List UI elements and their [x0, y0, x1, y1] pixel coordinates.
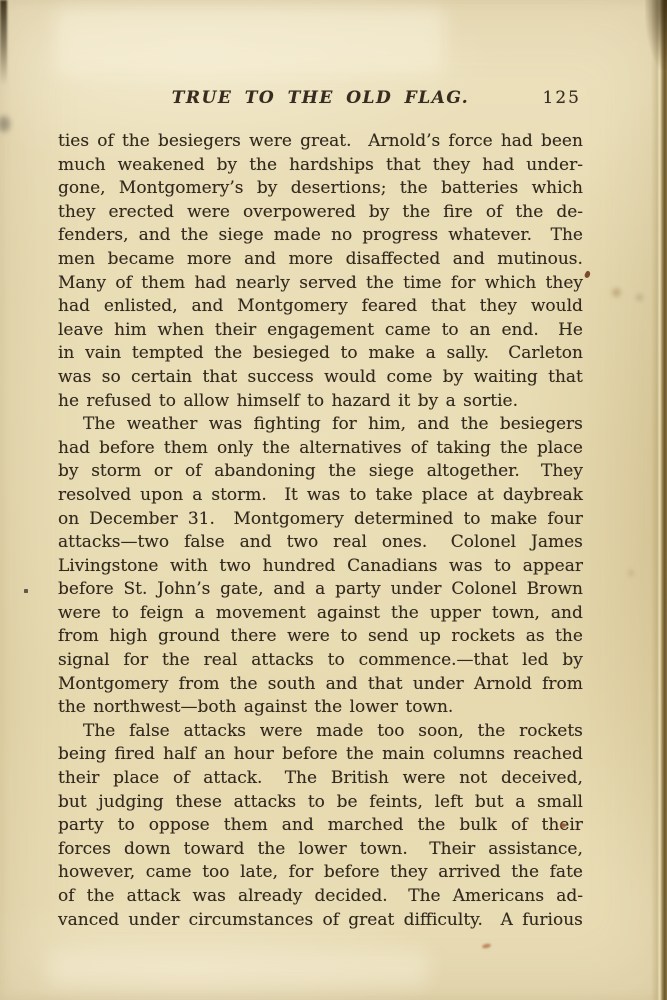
paper-speck	[560, 823, 566, 828]
scan-light-patch-bottom	[48, 950, 428, 986]
text-line: LivingstonewithtwohundredCanadianswastoa…	[58, 555, 583, 579]
text-line: partytoopposethemandmarchedthebulkofthei…	[58, 814, 583, 838]
page-corner-shadow-top-right	[645, 0, 667, 70]
text-line: butjudgingtheseattackstobefeints,leftbut…	[58, 791, 583, 815]
text-line: muchweakenedbythehardshipsthattheyhadund…	[58, 154, 583, 178]
paper-speck	[636, 294, 643, 301]
text-line: however,cametoolate,forbeforetheyarrived…	[58, 861, 583, 885]
text-line: attacks—twofalseandtworealones. ColonelJ…	[58, 531, 583, 555]
text-line: signalfortherealattackstocommence.—thatl…	[58, 649, 583, 673]
text-line: invaintemptedthebesiegedtomakeasally. Ca…	[58, 342, 583, 366]
text-line: wassocertainthatsuccesswouldcomebywaitin…	[58, 366, 583, 390]
text-line: leavehimwhentheirengagementcametoanend. …	[58, 319, 583, 343]
text-line: menbecamemoreandmoredisaffectedandmutino…	[58, 248, 583, 272]
scan-light-patch-top	[55, 8, 445, 76]
text-line: forcesdowntowardthelowertown. Theirassis…	[58, 838, 583, 862]
text-line: onDecember31. Montgomerydeterminedtomake…	[58, 508, 583, 532]
text-line: hadenlisted,andMontgomeryfearedthattheyw…	[58, 295, 583, 319]
text-line: gone,Montgomery’sbydesertions;thebatteri…	[58, 177, 583, 201]
page-number: 125	[543, 88, 581, 108]
page-edge-shadow-right	[651, 0, 667, 1000]
text-line: theyerectedwereoverpoweredbythefireofthe…	[58, 201, 583, 225]
text-line: Theweatherwasfightingforhim,andthebesieg…	[58, 413, 583, 437]
page-edge-smudge-left	[0, 116, 10, 132]
text-line: theirplaceofattack. TheBritishwerenotdec…	[58, 767, 583, 791]
text-line: MontgomeryfromthesouthandthatunderArnold…	[58, 673, 583, 697]
paper-speck	[612, 288, 621, 297]
text-line: the northwest—both against the lower tow…	[58, 696, 583, 720]
text-line: beingfiredhalfanhourbeforethemaincolumns…	[58, 743, 583, 767]
page-title: TRUE TO THE OLD FLAG.	[58, 88, 583, 108]
text-line: fromhighgroundthereweretosenduprocketsas…	[58, 625, 583, 649]
text-line: tiesofthebesiegersweregreat. Arnold’sfor…	[58, 130, 583, 154]
running-header: TRUE TO THE OLD FLAG. 125	[58, 88, 583, 112]
text-line: hadbeforethemonlythealternativesoftaking…	[58, 437, 583, 461]
paper-speck	[482, 943, 492, 949]
paper-speck	[628, 570, 634, 576]
paper-speck	[24, 589, 28, 593]
page-edge-shadow-left-top	[0, 0, 7, 85]
paper-speck	[584, 270, 592, 279]
text-line: Thefalseattacksweremadetoosoon,therocket…	[58, 720, 583, 744]
text-line: bystormorofabandoningthesiegealtogether.…	[58, 460, 583, 484]
text-line: vancedundercircumstancesofgreatdifficult…	[58, 909, 583, 933]
text-line: resolveduponastorm. Itwastotakeplaceatda…	[58, 484, 583, 508]
text-line: fenders,andthesiegemadenoprogresswhateve…	[58, 224, 583, 248]
text-line: he refused to allow himself to hazard it…	[58, 390, 583, 414]
body-lines: tiesofthebesiegersweregreat. Arnold’sfor…	[58, 130, 583, 932]
text-line: weretofeignamovementagainsttheuppertown,…	[58, 602, 583, 626]
text-line: beforeSt.John’sgate,andapartyunderColone…	[58, 578, 583, 602]
text-line: oftheattackwasalreadydecided. TheAmerica…	[58, 885, 583, 909]
book-page: TRUE TO THE OLD FLAG. 125 tiesofthebesie…	[0, 0, 667, 1000]
text-line: Manyofthemhadnearlyservedthetimeforwhich…	[58, 272, 583, 296]
